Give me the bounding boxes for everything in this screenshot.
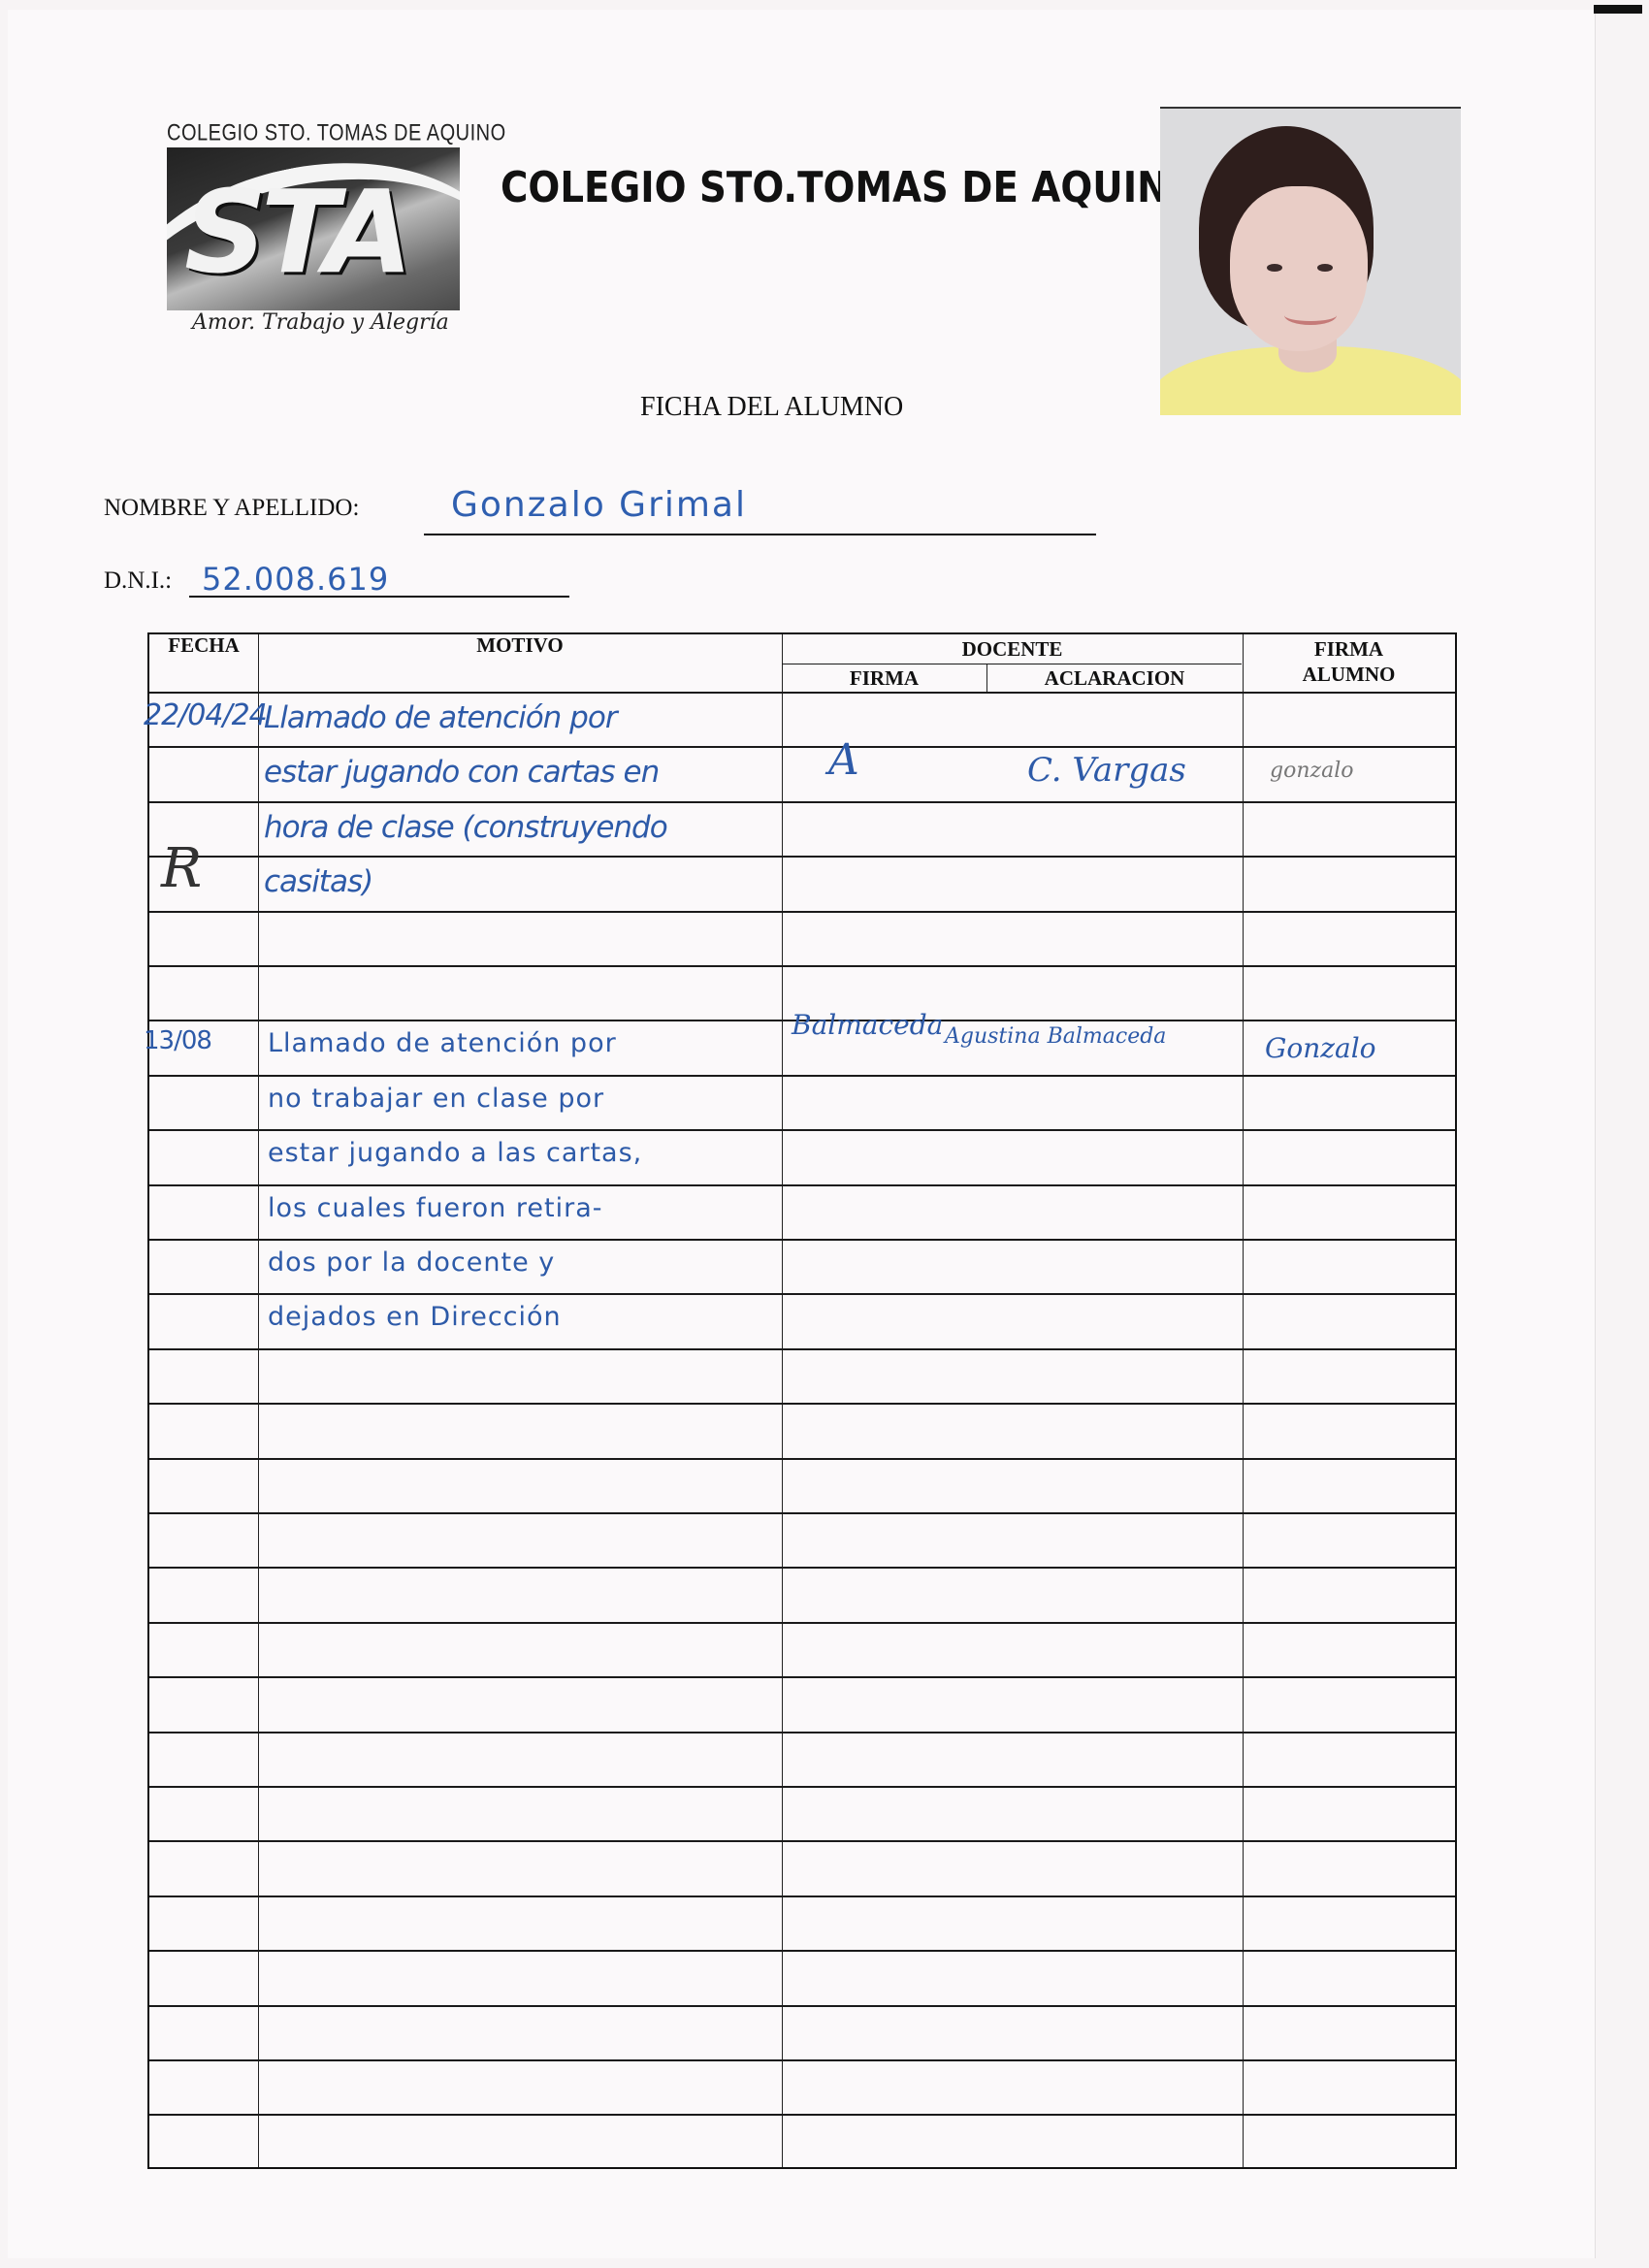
table-row-line <box>149 1293 1455 1295</box>
logo-top-text: COLEGIO STO. TOMAS DE AQUINO <box>167 120 506 147</box>
entry-motivo-line: Llamado de atención por <box>264 700 617 735</box>
name-label: NOMBRE Y APELLIDO: <box>104 495 359 522</box>
entry-motivo-line: Llamado de atención por <box>268 1028 617 1058</box>
table-row-line <box>149 911 1455 913</box>
entry-margin-signature: R <box>161 837 202 900</box>
scan-edge-bar <box>1594 5 1642 14</box>
logo-tagline: Amor. Trabajo y Alegría <box>192 310 449 335</box>
dni-underline <box>189 596 569 598</box>
entry-docente-firma: A <box>828 735 859 785</box>
header-firma-alumno: FIRMA ALUMNO <box>1243 636 1455 687</box>
table-row-line <box>149 1403 1455 1405</box>
table-row-line <box>149 2059 1455 2061</box>
table-row-line <box>149 1622 1455 1624</box>
header-firma: FIRMA <box>782 665 986 691</box>
table-row-line <box>149 801 1455 803</box>
photo-face <box>1230 186 1368 351</box>
header-motivo: MOTIVO <box>258 632 782 658</box>
table-row-line <box>149 1567 1455 1569</box>
entry-docente-aclaracion: Agustina Balmaceda <box>945 1024 1166 1049</box>
entry-motivo-line: casitas) <box>264 864 372 899</box>
table-row-line <box>149 746 1455 748</box>
entry-motivo-line: los cuales fueron retira- <box>268 1193 602 1223</box>
table-row-line <box>149 1895 1455 1897</box>
entry-motivo-line: hora de clase (construyendo <box>264 810 667 845</box>
school-title: COLEGIO STO.TOMAS DE AQUINO <box>501 163 1200 212</box>
header-firma-alumno-line2: ALUMNO <box>1303 663 1396 686</box>
table-row-line <box>149 856 1455 858</box>
entry-docente-aclaracion: C. Vargas <box>1027 751 1186 790</box>
col-divider-motivo <box>782 634 783 2167</box>
table-row-line <box>149 1075 1455 1077</box>
table-row-line <box>149 1732 1455 1733</box>
entry-motivo-line: estar jugando con cartas en <box>264 755 659 790</box>
header-bottom-line <box>149 692 1455 694</box>
table-row-line <box>149 1348 1455 1350</box>
photo-eye-left <box>1267 264 1282 272</box>
table-row-line <box>149 965 1455 967</box>
entry-firma-alumno: gonzalo <box>1270 759 1354 783</box>
dni-value[interactable]: 52.008.619 <box>202 561 389 598</box>
student-photo <box>1160 107 1461 415</box>
entry-firma-alumno: Gonzalo <box>1265 1032 1376 1064</box>
col-divider-docente <box>1243 634 1244 2167</box>
entry-motivo-line: dos por la docente y <box>268 1247 555 1278</box>
table-row-line <box>149 2114 1455 2116</box>
table-row-line <box>149 1676 1455 1678</box>
header-firma-alumno-line1: FIRMA <box>1314 637 1383 661</box>
header-aclaracion: ACLARACION <box>986 665 1243 691</box>
table-row-line <box>149 1184 1455 1186</box>
school-logo: STA <box>167 147 460 310</box>
entry-docente-firma: Balmaceda <box>792 1009 943 1041</box>
photo-eye-right <box>1317 264 1333 272</box>
col-divider-fecha <box>258 634 259 2167</box>
entry-motivo-line: estar jugando a las cartas, <box>268 1138 642 1168</box>
dni-label: D.N.I.: <box>104 567 172 595</box>
entry-motivo-line: dejados en Dirección <box>268 1302 562 1332</box>
docente-subheader-line <box>782 664 1242 664</box>
entry-fecha: 22/04/24 <box>144 698 267 732</box>
table-row-line <box>149 1840 1455 1842</box>
header-docente: DOCENTE <box>782 636 1243 662</box>
table-row-line <box>149 2005 1455 2007</box>
table-row-line <box>149 1950 1455 1952</box>
form-title: FICHA DEL ALUMNO <box>640 392 903 423</box>
entry-fecha: 13/08 <box>144 1026 211 1055</box>
photo-mouth <box>1284 306 1337 325</box>
name-value[interactable]: Gonzalo Grimal <box>451 485 747 525</box>
table-row-line <box>149 1129 1455 1131</box>
table-row-line <box>149 1239 1455 1241</box>
table-row-line <box>149 1458 1455 1460</box>
name-underline <box>424 534 1096 535</box>
table-row-line <box>149 1786 1455 1788</box>
entry-motivo-line: no trabajar en clase por <box>268 1084 604 1114</box>
header-fecha: FECHA <box>149 632 258 658</box>
table-row-line <box>149 1512 1455 1514</box>
logo-letters: STA <box>184 175 407 289</box>
incident-table: FECHA MOTIVO DOCENTE FIRMA ACLARACION FI… <box>147 632 1457 2169</box>
